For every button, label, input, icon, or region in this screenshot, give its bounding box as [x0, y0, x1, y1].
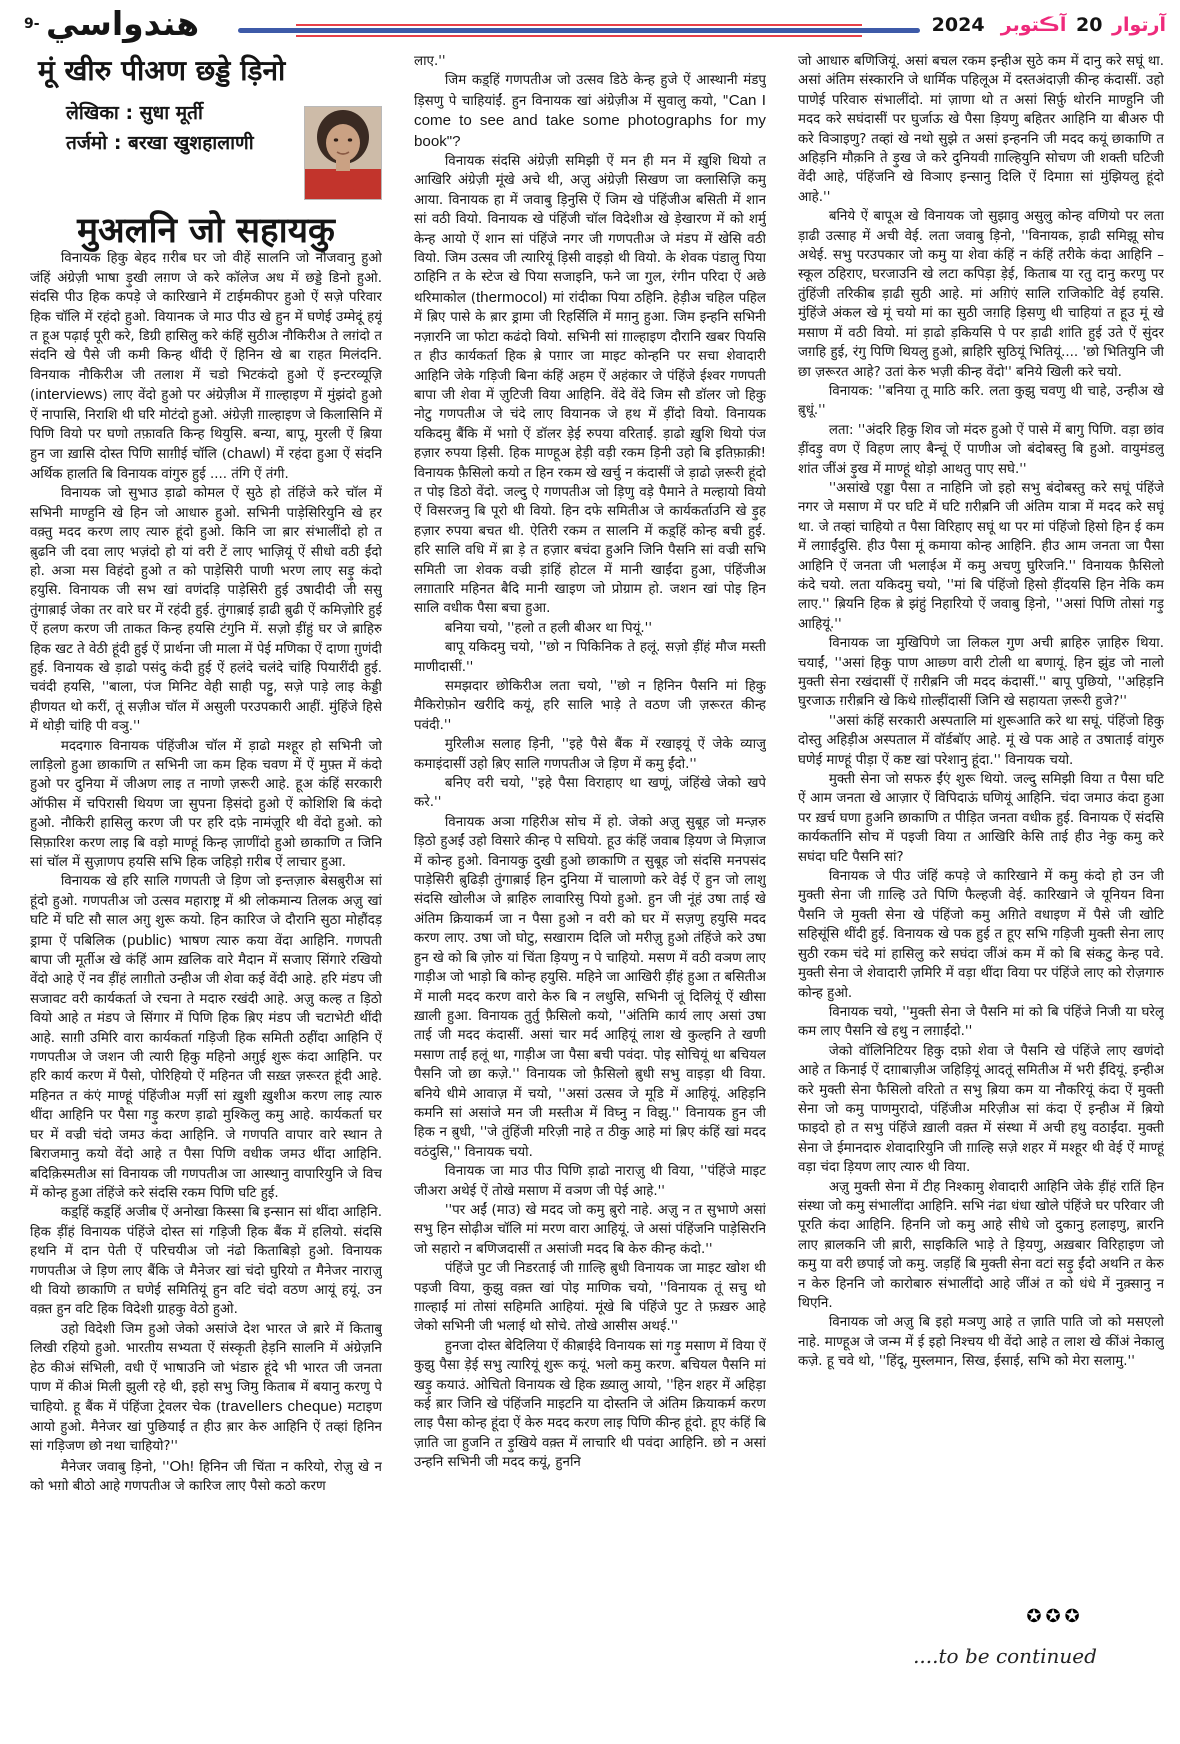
body-paragraph: विनायक जे पीउ जंहिं कपड़े जे कारिखाने मे…: [798, 867, 1164, 1003]
body-paragraph: विनायक जा मुखिपिणे जा लिकल गुण अची ब़ाहि…: [798, 634, 1164, 712]
body-paragraph: मुरिलीअ सलाह ड़िनी, ''इहे पैसे बैंक में …: [414, 735, 766, 774]
body-paragraph: जेको वॉलिनिटियर हिकु दफ़ो शेवा जे पैसनि …: [798, 1042, 1164, 1178]
body-paragraph: लता: ''अंदरि हिकु शिव जो मंदरु हुओ ऐं पा…: [798, 421, 1164, 479]
body-paragraph: विनायक जो सुभाउ ड़ाढो कोमल ऐं सुठे हो तं…: [30, 484, 382, 736]
masthead: 9- هندواسي آرتوار 20 آڪتوبر 2024: [0, 0, 1180, 48]
body-paragraph: विनायक अञा गहिरीअ सोच में हो. जेको अज़ु …: [414, 813, 766, 1162]
page-number: 9-: [24, 16, 40, 32]
column-2-text: लाए.''जिम कड़्हिं गणपतीअ जो उत्सव डिठे क…: [414, 52, 766, 1473]
body-paragraph: बनिये ऐं बापूअ खे विनायक जो सुझावु असुलु…: [798, 207, 1164, 382]
body-paragraph: विनायक चयो, ''मुक्ती सेना जे पैसनि मां क…: [798, 1003, 1164, 1042]
column-1: मूं खीरु पीअण छड्डे ड़िनो लेखिका : सुधा …: [30, 52, 382, 1700]
dateline-weekday: آرتوار: [1112, 14, 1166, 36]
column-3-text: जो आधारु बणिजियूं. असां बचल रकम इन्हीअ स…: [798, 52, 1164, 1372]
body-paragraph: समझदार छोकिरीअ लता चयो, ''छो न हिनिन पैस…: [414, 677, 766, 735]
newspaper-page: 9- هندواسي آرتوار 20 آڪتوبر 2024 मूं खीर…: [0, 0, 1180, 1744]
body-paragraph: ''पर अईं (माउ) खे मदद जो कमु ब़ुरो नाहे.…: [414, 1201, 766, 1259]
body-paragraph: पंहिंजे पुट जी निडरताई जी ग़ाल्हि ब़ुधी …: [414, 1259, 766, 1337]
end-stars: ✪✪✪: [990, 1606, 1120, 1627]
inline-english-text: public: [127, 932, 167, 949]
body-paragraph: बापू यकिदमु चयो, ''छो न पिकिनिक ते हलूं.…: [414, 638, 766, 677]
body-paragraph: विनायक संदसि अंग्रेज़ी समिझी ऐं मन ही मन…: [414, 152, 766, 619]
inline-english-text: travellers cheque: [221, 1398, 337, 1415]
body-paragraph: जिम कड़्हिं गणपतीअ जो उत्सव डिठे केन्ह ह…: [414, 71, 766, 152]
body-paragraph: विनायक जा माउ पीउ पिणि ड़ाढो नाराज़ु थी …: [414, 1162, 766, 1201]
body-paragraph: ''असां कंहिं सरकारी अस्पतालि मां शुरूआति…: [798, 712, 1164, 770]
body-paragraph: विनायक जो अज़ु बि इहो मञणु आहे त ज़ाति प…: [798, 1313, 1164, 1371]
body-paragraph: विनायक: ''बनिया तू माठि करि. लता कुझु चव…: [798, 382, 1164, 421]
newspaper-logo: هندواسي: [46, 4, 199, 43]
author-photo: [304, 106, 382, 200]
author-photo-image: [305, 107, 381, 199]
inline-english-text: Oh!: [170, 1458, 200, 1475]
inline-english-text: thermocol: [476, 289, 542, 306]
article-body: मूं खीरु पीअण छड्डे ड़िनो लेखिका : सुधा …: [30, 52, 1164, 1700]
column-1-text: विनायक हिकु बेहद ग़रीब घर जो वीहें सालनि…: [30, 249, 382, 1496]
body-paragraph: हुनजा दोस्त बेदिलिया ऐं कीब़ाईदे विनायक …: [414, 1337, 766, 1473]
rule-red-top: [296, 24, 862, 26]
column-2: लाए.''जिम कड़्हिं गणपतीअ जो उत्सव डिठे क…: [414, 52, 766, 1700]
rule-blue: [238, 28, 920, 33]
inline-english-text: interviews: [35, 386, 102, 403]
section-heading: मुअलनि जो सहायकु: [30, 222, 382, 241]
column-3: जो आधारु बणिजियूं. असां बचल रकम इन्हीअ स…: [798, 52, 1164, 1608]
dateline-day: 20: [1073, 14, 1105, 36]
dateline: آرتوار 20 آڪتوبر 2024: [929, 14, 1166, 36]
body-paragraph: मैनेजर जवाबु ड़िनो, ''Oh! हिनिन जी चिंता…: [30, 1457, 382, 1497]
body-paragraph: उहो विदेशी जिम हुओ जेको असांजे देश भारत …: [30, 1320, 382, 1457]
rule-red-bottom: [296, 35, 862, 37]
dateline-year: 2024: [929, 14, 988, 36]
inline-english-text: Can I come to see and take some photogra…: [414, 92, 766, 150]
body-paragraph: विनायक खे हरि सालि गणपती जे ड़िण जो इन्त…: [30, 872, 382, 1203]
inline-english-text: chawl: [227, 445, 266, 462]
body-paragraph: मददगारु विनायक पंहिंजीअ चॉल में ड़ाढो मश…: [30, 737, 382, 873]
body-paragraph: मुक्ती सेना जो सफरु ईंएं शुरू थियो. जल्द…: [798, 770, 1164, 867]
body-paragraph: ''असांखे एड्डा पैसा त नाहिनि जो इहो सभु …: [798, 479, 1164, 634]
headline-block: मूं खीरु पीअण छड्डे ड़िनो लेखिका : सुधा …: [30, 54, 382, 212]
body-paragraph: कड़्हिं कड़्हिं अजीब ऐं अनोखा किस्सा बि …: [30, 1203, 382, 1319]
body-paragraph: बनिया चयो, ''हलो त हली बीअर था पियूं.'': [414, 619, 766, 638]
body-paragraph: जो आधारु बणिजियूं. असां बचल रकम इन्हीअ स…: [798, 52, 1164, 207]
article-title: मूं खीरु पीअण छड्डे ड़िनो: [38, 54, 382, 88]
body-paragraph: बनिए वरी चयो, ''इहे पैसा विराहाए था खणूं…: [414, 774, 766, 813]
body-paragraph: अज़ु मुक्ती सेना में टीह निश्कामु शेवादा…: [798, 1178, 1164, 1314]
dateline-month: آڪتوبر: [1001, 14, 1067, 36]
to-be-continued: ....to be continued: [860, 1644, 1150, 1668]
body-paragraph: लाए.'': [414, 52, 766, 71]
body-paragraph: विनायक हिकु बेहद ग़रीब घर जो वीहें सालनि…: [30, 249, 382, 484]
